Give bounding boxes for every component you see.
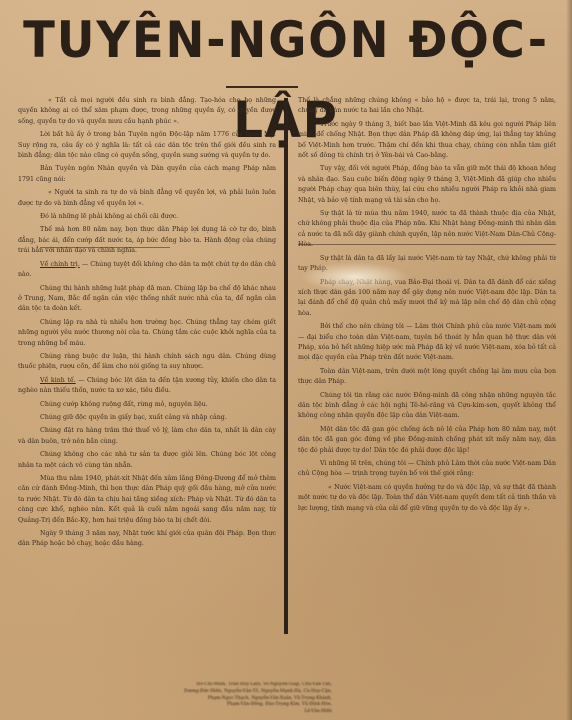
left-section-rule	[40, 247, 170, 248]
section-heading: Về kinh tế.	[40, 377, 76, 384]
signature-line: Phạm-Văn-Đồng, Đào-Trọng-Kim, Vũ-Đình-Hò…	[182, 702, 332, 709]
paragraph: « Nước Việt-nam có quyền hưởng tự do và …	[298, 483, 556, 514]
paragraph: Về kinh tế. — Chúng bóc lột dân ta đến t…	[18, 376, 276, 397]
paragraph: Lời bất hủ ấy ở trong bản Tuyên ngôn Độc…	[18, 130, 276, 161]
paragraph: Mùa thu năm 1940, phát-xít Nhật đến xâm …	[18, 474, 276, 526]
paragraph: Chúng lập ra nhà tù nhiều hơn trường học…	[18, 318, 276, 349]
paragraph: Về chính trị. — Chúng tuyệt đối không ch…	[18, 260, 276, 281]
signatures-block: Hồ-Chí-Minh, Trần-Huy-Liệu, Võ-Nguyên-Gi…	[182, 682, 332, 716]
left-column: « Tất cả mọi người đều sinh ra bình đẳng…	[18, 96, 276, 553]
paragraph: Một dân tộc đã gan góc chống ách nô lệ c…	[298, 425, 556, 456]
paragraph: Thế mà hơn 80 năm nay, bọn thực dân Pháp…	[18, 225, 276, 256]
signature-line: Hồ-Chí-Minh, Trần-Huy-Liệu, Võ-Nguyên-Gi…	[182, 682, 332, 689]
paragraph: Chúng ràng buộc dư luận, thi hành chính …	[18, 352, 276, 373]
paragraph: Trước ngày 9 tháng 3, biết bao lần Việt-…	[298, 120, 556, 162]
paragraph: Ngày 9 tháng 3 năm nay, Nhật tước khí gi…	[18, 529, 276, 550]
paragraph: Sự thật là dân ta đã lấy lại nước Việt-n…	[298, 254, 556, 275]
paragraph: Thế là chẳng những chúng không « bảo hộ …	[298, 96, 556, 117]
section-heading: Về chính trị.	[40, 261, 80, 268]
paragraph: Đó là những lẽ phải không ai chối cãi đư…	[18, 212, 276, 222]
paragraph: Chúng tôi tin rằng các nước Đồng-minh đã…	[298, 391, 556, 422]
document-title: TUYÊN-NGÔN ĐỘC-LẬP	[20, 0, 552, 80]
paragraph: « Người ta sinh ra tự do và bình đẳng về…	[18, 188, 276, 209]
paragraph: « Tất cả mọi người đều sinh ra bình đẳng…	[18, 96, 276, 127]
paragraph: Tuy vậy, đối với người Pháp, đồng bào ta…	[298, 164, 556, 206]
paragraph: Chúng giữ độc quyền in giấy bạc, xuất cả…	[18, 413, 276, 423]
right-column: Thế là chẳng những chúng không « bảo hộ …	[298, 96, 556, 517]
photo-edge-shadow	[566, 0, 572, 720]
paragraph: Toàn dân Việt-nam, trên dưới một lòng qu…	[298, 367, 556, 388]
paragraph: Chúng thi hành những luật pháp dã man. C…	[18, 284, 276, 315]
paragraph: Bản Tuyên ngôn Nhân quyền và Dân quyền c…	[18, 164, 276, 185]
paragraph: Chúng đặt ra hàng trăm thứ thuế vô lý, l…	[18, 426, 276, 447]
signature-line: Dương-Đức-Hiền, Nguyễn-Văn-Tố, Nguyễn-Mạ…	[182, 689, 332, 696]
right-section-rule	[298, 244, 556, 245]
paragraph: Vì những lẽ trên, chúng tôi — Chính phủ …	[298, 459, 556, 480]
paragraph: Chúng không cho các nhà tư sản ta được g…	[18, 450, 276, 471]
column-divider	[284, 98, 288, 634]
paragraph: Bởi thế cho nên chúng tôi — Lâm thời Chí…	[298, 322, 556, 364]
paragraph: Chúng cướp không ruộng đất, rừng mỏ, ngu…	[18, 400, 276, 410]
title-underline	[226, 86, 298, 88]
signature-line: Lê-Văn-Hiến	[182, 709, 332, 716]
paragraph: Pháp chạy, Nhật hàng, vua Bảo-Đại thoái …	[298, 278, 556, 320]
